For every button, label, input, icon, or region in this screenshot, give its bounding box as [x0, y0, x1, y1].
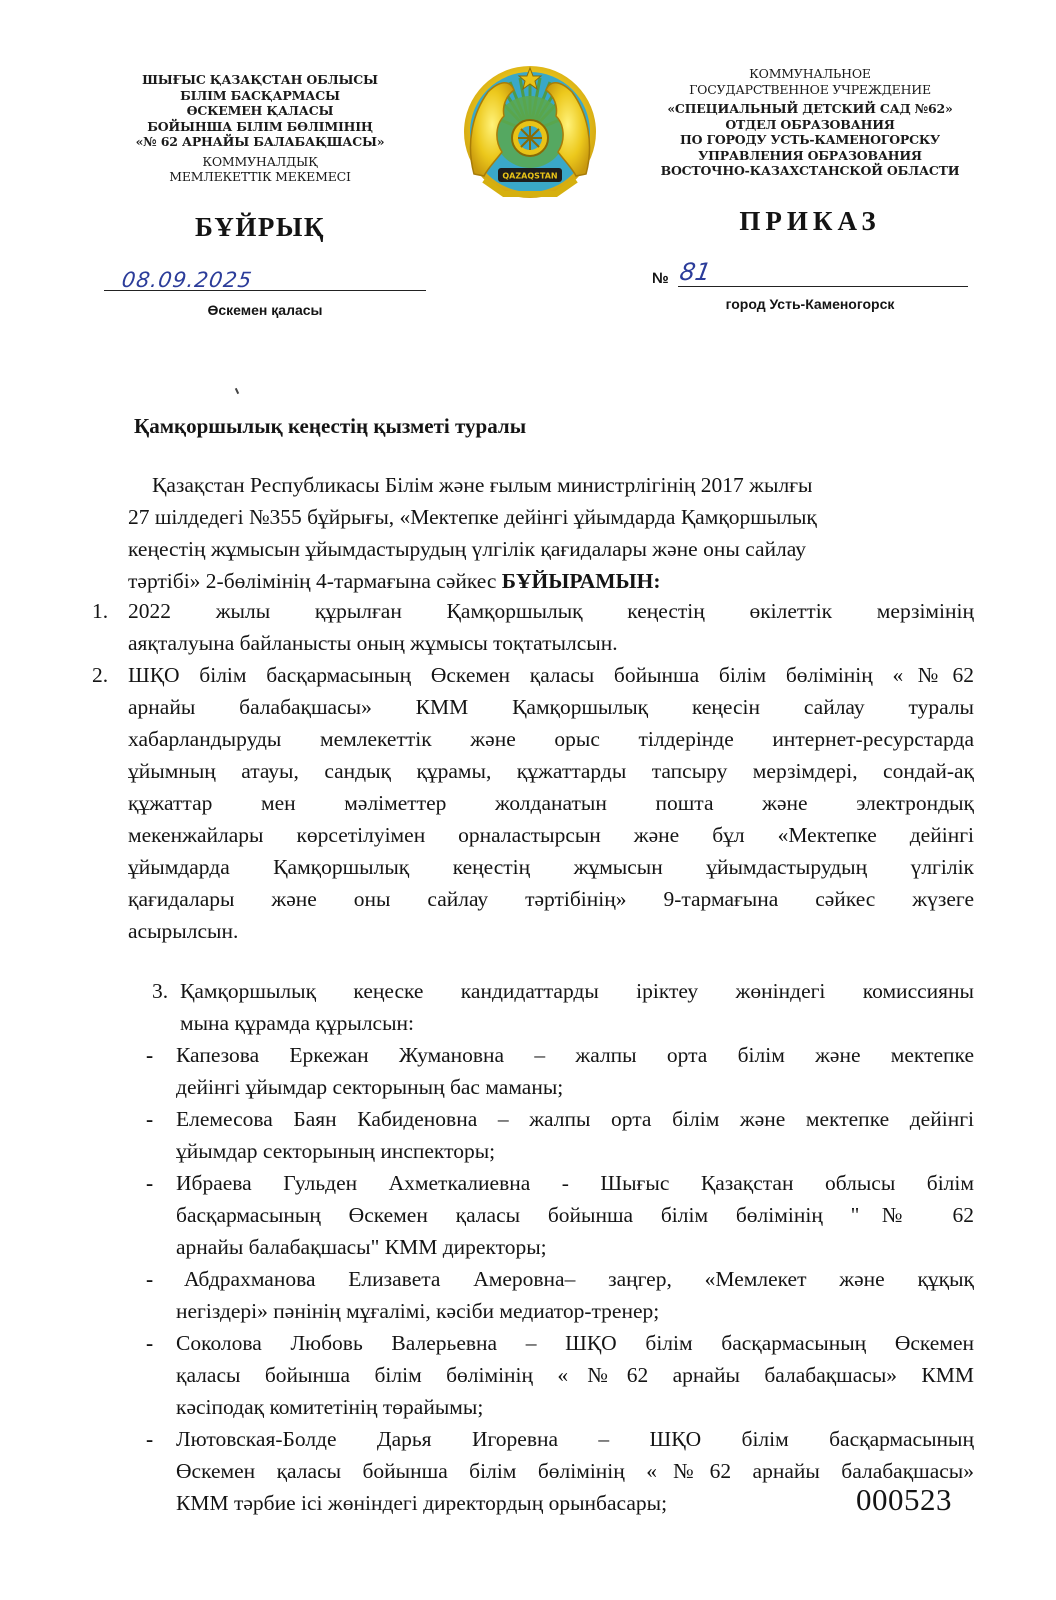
handwritten-date: 08.09.2025 — [120, 268, 254, 292]
list-bullet: - — [146, 1264, 153, 1294]
member-line: Елемесова Баян Кабиденовна – жалпы орта … — [176, 1104, 974, 1134]
header-russian: КОММУНАЛЬНОЕ ГОСУДАРСТВЕННОЕ УЧРЕЖДЕНИЕ … — [660, 66, 960, 179]
item-line: Қамқоршылық кеңеске кандидаттарды ірікте… — [180, 976, 974, 1006]
member-line: Капезова Еркежан Жумановна – жалпы орта … — [176, 1040, 974, 1070]
doc-type-kazakh: БҰЙРЫҚ — [120, 212, 400, 243]
item-line: мына құрамда құрылсын: — [180, 1008, 414, 1038]
list-bullet: - — [146, 1104, 153, 1134]
member-line: Абдрахманова Елизавета Амеровна– заңгер,… — [184, 1264, 974, 1294]
item-line: арнайы балабақшасы» КММ Қамқоршылық кеңе… — [128, 692, 974, 722]
state-emblem: QAZAQSTAN — [444, 44, 616, 216]
member-line: арнайы балабақшасы" КММ директоры; — [176, 1232, 547, 1262]
header-kz-line: БІЛІМ БАСҚАРМАСЫ — [120, 88, 400, 104]
member-line: Ибраева Гульден Ахметкалиевна - Шығыс Қа… — [176, 1168, 974, 1198]
list-bullet: - — [146, 1424, 153, 1454]
member-line: басқармасының Өскемен қаласы бойынша біл… — [176, 1200, 974, 1230]
header-kz-line: БОЙЫНША БІЛІМ БӨЛІМІНІҢ — [120, 119, 400, 135]
member-line: негіздері» пәнінің мұғалімі, кәсіби меди… — [176, 1296, 659, 1326]
state-emblem-icon: QAZAQSTAN — [444, 44, 616, 216]
number-label: № — [652, 270, 669, 287]
preamble-line: Қазақстан Республикасы Білім және ғылым … — [152, 470, 812, 500]
item-line: ұйымдарда Қамқоршылық кеңестің жұмысын ұ… — [128, 852, 974, 882]
item-line: ШҚО білім басқармасының Өскемен қаласы б… — [128, 660, 974, 690]
item-line: хабарландыруды мемлекеттік және орыс тіл… — [128, 724, 974, 754]
order-keyword: БҰЙЫРАМЫН: — [502, 569, 661, 593]
preamble-line: кеңестің жұмысын ұйымдастырудың үлгілік … — [128, 534, 806, 564]
item-line: ұйымның атауы, сандық құрамы, құжаттарды… — [128, 756, 974, 786]
date-underline — [104, 290, 426, 291]
preamble-line: 27 шілдедегі №355 бұйрығы, «Мектепке дей… — [128, 502, 817, 532]
scan-speck — [235, 388, 239, 394]
member-line: Өскемен қаласы бойынша білім бөлімінің «… — [176, 1456, 974, 1486]
header-ru-line: КОММУНАЛЬНОЕ — [660, 66, 960, 82]
city-russian: город Усть-Каменогорск — [660, 296, 960, 312]
item-line: мекенжайлары көрсетілуімен орналастырсын… — [128, 820, 974, 850]
list-bullet: - — [146, 1328, 153, 1358]
item-number: 2. — [92, 660, 108, 690]
item-number: 3. — [152, 976, 168, 1006]
emblem-ribbon-text: QAZAQSTAN — [502, 172, 557, 181]
page-serial-number: 000523 — [856, 1482, 952, 1518]
header-kz-line: ШЫҒЫС ҚАЗАҚСТАН ОБЛЫСЫ — [120, 72, 400, 88]
item-line: құжаттар мен мәліметтер жолданатын пошта… — [128, 788, 974, 818]
header-kz-line: МЕМЛЕКЕТТІК МЕКЕМЕСІ — [120, 169, 400, 185]
item-line: асырылсын. — [128, 916, 238, 946]
header-ru-line: «СПЕЦИАЛЬНЫЙ ДЕТСКИЙ САД №62» — [660, 101, 960, 117]
header-kazakh: ШЫҒЫС ҚАЗАҚСТАН ОБЛЫСЫ БІЛІМ БАСҚАРМАСЫ … — [120, 72, 400, 185]
item-number: 1. — [92, 596, 108, 626]
list-bullet: - — [146, 1168, 153, 1198]
list-bullet: - — [146, 1040, 153, 1070]
member-line: кәсіподақ комитетінің төрайымы; — [176, 1392, 483, 1422]
doc-type-russian: ПРИКАЗ — [680, 206, 940, 237]
city-kazakh: Өскемен қаласы — [104, 302, 426, 318]
member-line: қаласы бойынша білім бөлімінің «№62 арна… — [176, 1360, 974, 1390]
member-line: Соколова Любовь Валерьевна – ШҚО білім б… — [176, 1328, 974, 1358]
item-line: аяқталуына байланысты оның жұмысы тоқтат… — [128, 628, 618, 658]
header-kz-line: «№ 62 АРНАЙЫ БАЛАБАҚШАСЫ» — [120, 134, 400, 150]
header-kz-line: КОММУНАЛДЫҚ — [120, 154, 400, 170]
preamble-line: тәртібі» 2-бөлімінің 4-тармағына сәйкес … — [128, 566, 661, 596]
item-line: қағидалары және оны сайлау тәртібінің» 9… — [128, 884, 974, 914]
header-ru-line: ВОСТОЧНО-КАЗАХСТАНСКОЙ ОБЛАСТИ — [660, 163, 960, 179]
header-ru-line: ПО ГОРОДУ УСТЬ-КАМЕНОГОРСКУ — [660, 132, 960, 148]
number-underline — [678, 286, 968, 287]
handwritten-order-number: 81 — [678, 258, 713, 286]
member-line: дейінгі ұйымдар секторының бас маманы; — [176, 1072, 563, 1102]
preamble-last-line: тәртібі» 2-бөлімінің 4-тармағына сәйкес — [128, 569, 502, 593]
item-line: 2022 жылы құрылған Қамқоршылық кеңестің … — [128, 596, 974, 626]
header-ru-line: УПРАВЛЕНИЯ ОБРАЗОВАНИЯ — [660, 148, 960, 164]
member-line: КММ тәрбие ісі жөніндегі директордың оры… — [176, 1488, 667, 1518]
member-line: Лютовская-Болде Дарья Игоревна – ШҚО біл… — [176, 1424, 974, 1454]
member-line: ұйымдар секторының инспекторы; — [176, 1136, 495, 1166]
header-ru-line: ГОСУДАРСТВЕННОЕ УЧРЕЖДЕНИЕ — [660, 82, 960, 98]
header-kz-line: ӨСКЕМЕН ҚАЛАСЫ — [120, 103, 400, 119]
header-ru-line: ОТДЕЛ ОБРАЗОВАНИЯ — [660, 117, 960, 133]
order-subject: Қамқоршылық кеңестің қызметі туралы — [134, 414, 526, 439]
